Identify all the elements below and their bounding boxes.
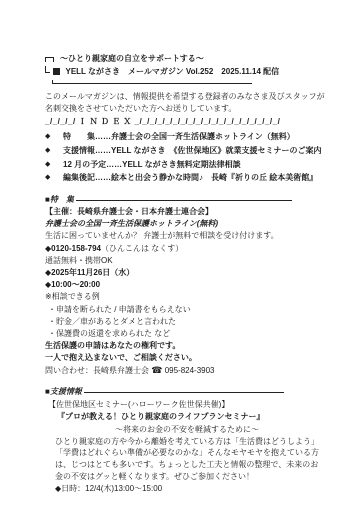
contact-number: 095-824-3903 [165,366,215,375]
feature-section: ■特 集 【主催：長崎県弁護士会・日本弁護士連合会】 弁護士会の全国一斉生活保護… [45,194,336,376]
newsletter-page: ～ひとり親家庭の自立をサポートする～ YELL ながさき メールマガジン Vol… [0,0,362,512]
feature-examples-label: ※相談できる例 [45,291,336,303]
feature-contact-line: 問い合わせ：長崎県弁護士会 ☎ 095-824-3903 [45,365,336,377]
feature-date: ◆2025年11月26日（水） [45,267,336,279]
newsletter-title: YELL ながさき メールマガジン Vol.252 2025.11.14 配信 [66,66,280,78]
hotline-phone-number: ◆0120-158-794 [45,244,101,253]
diamond-bullet-icon: ◆ [45,159,63,171]
phone-icon: ☎ [151,365,162,375]
example-item: ・保護費の返還を求められた など [45,328,336,340]
newsletter-content: ～ひとり親家庭の自立をサポートする～ YELL ながさき メールマガジン Vol… [0,0,362,494]
diamond-bullet-icon: ◆ [45,145,63,157]
support-section: ■支援情報 【佐世保地区セミナー(ハローワーク佐世保共催)】 『プロが教える！ひ… [45,386,336,494]
hotline-phone-kana: （ひんこんは なくす） [101,244,183,253]
feature-title: 弁護士会の全国一斉生活保護ホットライン(無料) [45,218,336,230]
index-item-schedule: ◆ 12 月の予定……YELL ながさき無料定期法律相談 [45,159,336,171]
newsletter-header: ～ひとり親家庭の自立をサポートする～ YELL ながさき メールマガジン Vol… [45,53,336,84]
feature-phone-note: 通話無料・携帯OK [45,255,336,267]
feature-organizer: 【主催：長崎県弁護士会・日本弁護士連合会】 [45,206,336,218]
feature-phone-line: ◆0120-158-794（ひんこんは なくす） [45,243,336,255]
index-item-label: 編集後記……絵本と出会う静かな時間♪ 長崎『祈りの丘 絵本美術館』 [63,172,317,184]
intro-paragraph: このメールマガジンは、情報提供を希望する登録者のみなさま及びスタッフが 名刺交換… [45,91,336,114]
example-item: ・貯金／車があるとダメと言われた [45,316,336,328]
heading-rule [84,392,284,393]
header-title-row: YELL ながさき メールマガジン Vol.252 2025.11.14 配信 [45,66,336,78]
seminar-body: ひとり親家庭の方や今から離婚を考えている方は「生活費はどうしよう」 「学費はどれ… [45,436,336,482]
index-item-label: 支援情報……YELL ながさき 《佐世保地区》就業支援セミナーのご案内 [63,145,322,157]
feature-time: ◆10:00～20:00 [45,279,336,291]
diamond-bullet-icon: ◆ [45,131,63,143]
index-item-feature: ◆ 特 集……弁護士会の全国一斉生活保護ホットライン（無料） [45,131,336,143]
diamond-bullet-icon: ◆ [45,172,63,184]
header-tagline-row: ～ひとり親家庭の自立をサポートする～ [45,53,336,65]
index-decoration: _/_/_/_/ Ｉ Ｎ Ｄ Ｅ Ｘ _/_/_/_/_/_/_/_/_/_/_… [45,116,336,128]
feature-lead: 生活に困っていませんか？ 弁護士が無料で相談を受け付けます。 [45,230,336,242]
feature-emphasis-2: 一人で抱え込まないで、ご相談ください。 [45,352,336,364]
header-underline [52,80,252,84]
index-item-editors-note: ◆ 編集後記……絵本と出会う静かな時間♪ 長崎『祈りの丘 絵本美術館』 [45,172,336,184]
index-item-label: 特 集……弁護士会の全国一斉生活保護ホットライン（無料） [63,131,295,143]
feature-emphasis-1: 生活保護の申請はあなたの権利です。 [45,340,336,352]
seminar-title: 『プロが教える！ひとり親家庭のライフプランセミナー』 [45,411,336,423]
seminar-subtitle: ～将来のお金の不安を軽減するために～ [45,424,336,436]
index-list: ◆ 特 集……弁護士会の全国一斉生活保護ホットライン（無料） ◆ 支援情報……Y… [45,131,336,184]
feature-heading-row: ■特 集 [45,194,336,206]
index-item-label: 12 月の予定……YELL ながさき無料定期法律相談 [63,159,241,171]
feature-heading: ■特 集 [45,194,74,206]
bullet-square-icon [53,68,60,75]
example-item: ・申請を断られた / 申請書をもらえない [45,304,336,316]
support-heading: ■支援情報 [45,386,82,398]
newsletter-tagline: ～ひとり親家庭の自立をサポートする～ [60,53,204,65]
seminar-datetime: ◆日時：12/4(木)13:00～15:00 [45,483,336,495]
support-subheading: 【佐世保地区セミナー(ハローワーク佐世保共催)】 [45,399,336,411]
corner-line-icon [45,66,50,73]
box-outline-icon [45,57,54,62]
contact-label: 問い合わせ：長崎県弁護士会 [45,366,149,375]
index-item-support: ◆ 支援情報……YELL ながさき 《佐世保地区》就業支援セミナーのご案内 [45,145,336,157]
support-heading-row: ■支援情報 [45,386,336,398]
heading-rule [76,200,292,201]
